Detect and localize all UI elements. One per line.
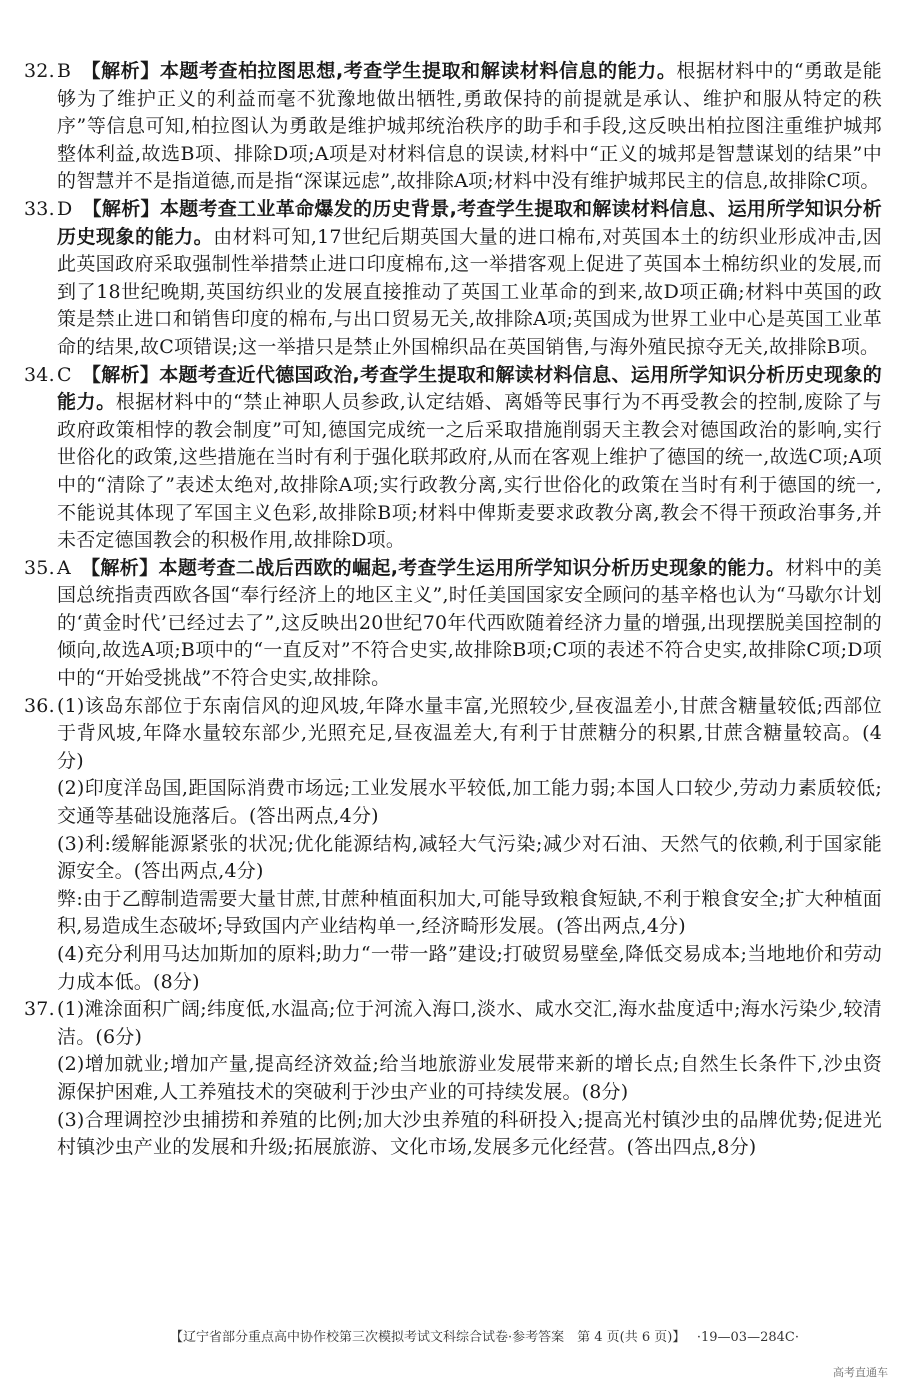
question-number: 33. <box>24 196 55 224</box>
question-text: D【解析】本题考查工业革命爆发的历史背景,考查学生提取和解读材料信息、运用所学知… <box>57 196 882 362</box>
analysis-label: 【解析】 <box>81 557 159 579</box>
question-text: C【解析】本题考查近代德国政治,考查学生提取和解读材料信息、运用所学知识分析历史… <box>57 362 882 555</box>
page-footer: 【辽宁省部分重点高中协作校第三次模拟考试文科综合试卷·参考答案 第 4 页(共 … <box>170 1326 799 1345</box>
answer-part-3: (3)合理调控沙虫捕捞和养殖的比例;加大沙虫养殖的科研投入;提高光村镇沙虫的品牌… <box>57 1107 882 1162</box>
question-33: 33. D【解析】本题考查工业革命爆发的历史背景,考查学生提取和解读材料信息、运… <box>24 196 882 362</box>
question-text: B【解析】本题考查柏拉图思想,考查学生提取和解读材料信息的能力。根据材料中的“勇… <box>57 58 882 196</box>
question-text: A【解析】本题考查二战后西欧的崛起,考查学生运用所学知识分析历史现象的能力。材料… <box>57 555 882 693</box>
analysis-label: 【解析】 <box>81 60 160 82</box>
footer-code: ·19—03—284C· <box>697 1330 799 1345</box>
question-37: 37. (1)滩涂面积广阔;纬度低,水温高;位于河流入海口,淡水、咸水交汇,海水… <box>24 996 882 1162</box>
question-36: 36. (1)该岛东部位于东南信风的迎风坡,年降水量丰富,光照较少,昼夜温差小,… <box>24 693 882 997</box>
answer-part-3-pros: (3)利:缓解能源紧张的状况;优化能源结构,减轻大气污染;减少对石油、天然气的依… <box>57 831 882 886</box>
footer-title: 【辽宁省部分重点高中协作校第三次模拟考试文科综合试卷·参考答案 第 4 页(共 … <box>170 1330 679 1345</box>
answer-part-2: (2)增加就业;增加产量,提高经济效益;给当地旅游业发展带来新的增长点;自然生长… <box>57 1051 882 1106</box>
question-number: 37. <box>24 996 55 1024</box>
answer-part-1: (1)该岛东部位于东南信风的迎风坡,年降水量丰富,光照较少,昼夜温差小,甘蔗含糖… <box>57 693 882 776</box>
analysis-body: 根据材料中的“禁止神职人员参政,认定结婚、离婚等民事行为不再受教会的控制,废除了… <box>57 391 882 551</box>
analysis-label: 【解析】 <box>82 364 159 386</box>
question-number: 34. <box>24 362 55 390</box>
answer-part-3-cons: 弊:由于乙醇制造需要大量甘蔗,甘蔗种植面积加大,可能导致粮食短缺,不利于粮食安全… <box>57 886 882 941</box>
source-watermark: 高考直通车 <box>833 1364 888 1380</box>
analysis-lead: 本题考查二战后西欧的崛起,考查学生运用所学知识分析历史现象的能力。 <box>159 557 786 579</box>
answer-key-page: 32. B【解析】本题考查柏拉图思想,考查学生提取和解读材料信息的能力。根据材料… <box>24 58 882 1162</box>
answer-letter: D <box>57 198 72 220</box>
question-number: 35. <box>24 555 55 583</box>
question-34: 34. C【解析】本题考查近代德国政治,考查学生提取和解读材料信息、运用所学知识… <box>24 362 882 555</box>
question-35: 35. A【解析】本题考查二战后西欧的崛起,考查学生运用所学知识分析历史现象的能… <box>24 555 882 693</box>
analysis-lead: 本题考查柏拉图思想,考查学生提取和解读材料信息的能力。 <box>160 60 677 82</box>
answer-letter: B <box>57 60 71 82</box>
answer-part-2: (2)印度洋岛国,距国际消费市场远;工业发展水平较低,加工能力弱;本国人口较少,… <box>57 775 882 830</box>
question-number: 36. <box>24 693 55 721</box>
answer-part-1: (1)滩涂面积广阔;纬度低,水温高;位于河流入海口,淡水、咸水交汇,海水盐度适中… <box>57 996 882 1051</box>
question-32: 32. B【解析】本题考查柏拉图思想,考查学生提取和解读材料信息的能力。根据材料… <box>24 58 882 196</box>
answer-part-4: (4)充分利用马达加斯加的原料;助力“一带一路”建设;打破贸易壁垒,降低交易成本… <box>57 941 882 996</box>
analysis-label: 【解析】 <box>82 198 159 220</box>
answer-letter: A <box>57 557 71 579</box>
question-number: 32. <box>24 58 55 86</box>
answer-letter: C <box>57 364 72 386</box>
